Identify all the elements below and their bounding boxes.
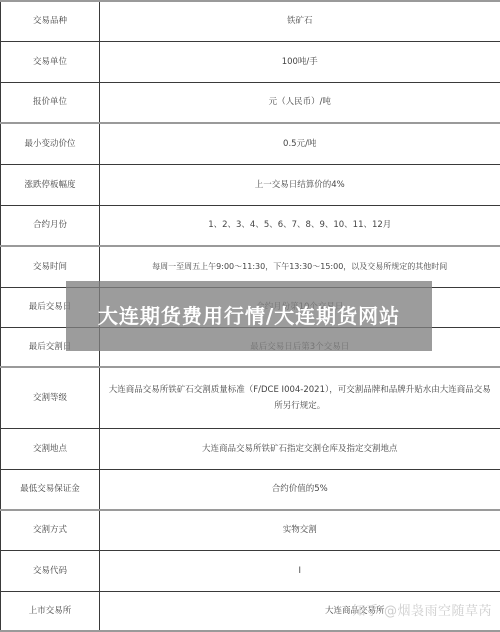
row-value: 0.5元/吨	[100, 123, 500, 164]
row-value: I	[100, 550, 500, 591]
table-row: 交易单位 100吨/手	[1, 41, 500, 82]
row-value: 大连商品交易所铁矿石交割质量标准（F/DCE I004-2021），可交割品牌和…	[100, 367, 500, 428]
table-row: 交割地点 大连商品交易所铁矿石指定交割仓库及指定交割地点	[1, 428, 500, 469]
table-row: 合约月份 1、2、3、4、5、6、7、8、9、10、11、12月	[1, 205, 500, 246]
table-row: 交易代码 I	[1, 550, 500, 591]
row-label: 最低交易保证金	[1, 469, 100, 510]
row-label: 涨跌停板幅度	[1, 164, 100, 205]
table-row: 涨跌停板幅度 上一交易日结算价的4%	[1, 164, 500, 205]
row-label: 交易代码	[1, 550, 100, 591]
row-label: 最小变动价位	[1, 123, 100, 164]
row-label: 交割等级	[1, 367, 100, 428]
row-value: 上一交易日结算价的4%	[100, 164, 500, 205]
row-label: 交易单位	[1, 41, 100, 82]
row-value: 实物交割	[100, 510, 500, 550]
row-label: 交割地点	[1, 428, 100, 469]
row-value: 合约价值的5%	[100, 469, 500, 510]
table-row: 报价单位 元（人民币）/吨	[1, 82, 500, 123]
table-row: 最小变动价位 0.5元/吨	[1, 123, 500, 164]
row-label: 上市交易所	[1, 591, 100, 631]
table-row: 最低交易保证金 合约价值的5%	[1, 469, 500, 510]
row-value: 大连商品交易所铁矿石指定交割仓库及指定交割地点	[100, 428, 500, 469]
row-value: 100吨/手	[100, 41, 500, 82]
table-row: 交割等级 大连商品交易所铁矿石交割质量标准（F/DCE I004-2021），可…	[1, 367, 500, 428]
row-value: 铁矿石	[100, 1, 500, 41]
row-value: 1、2、3、4、5、6、7、8、9、10、11、12月	[100, 205, 500, 246]
row-label: 报价单位	[1, 82, 100, 123]
table-row: 交易品种 铁矿石	[1, 1, 500, 41]
overlay-title: 大连期货费用行情/大连期货网站	[84, 302, 414, 330]
row-label: 合约月份	[1, 205, 100, 246]
row-label: 交易品种	[1, 1, 100, 41]
row-value: 元（人民币）/吨	[100, 82, 500, 123]
title-overlay-banner: 大连期货费用行情/大连期货网站	[66, 281, 432, 351]
table-row: 交割方式 实物交割	[1, 510, 500, 550]
zhihu-watermark: 知乎 @烟袅雨空随草芮	[352, 600, 492, 619]
row-label: 交割方式	[1, 510, 100, 550]
